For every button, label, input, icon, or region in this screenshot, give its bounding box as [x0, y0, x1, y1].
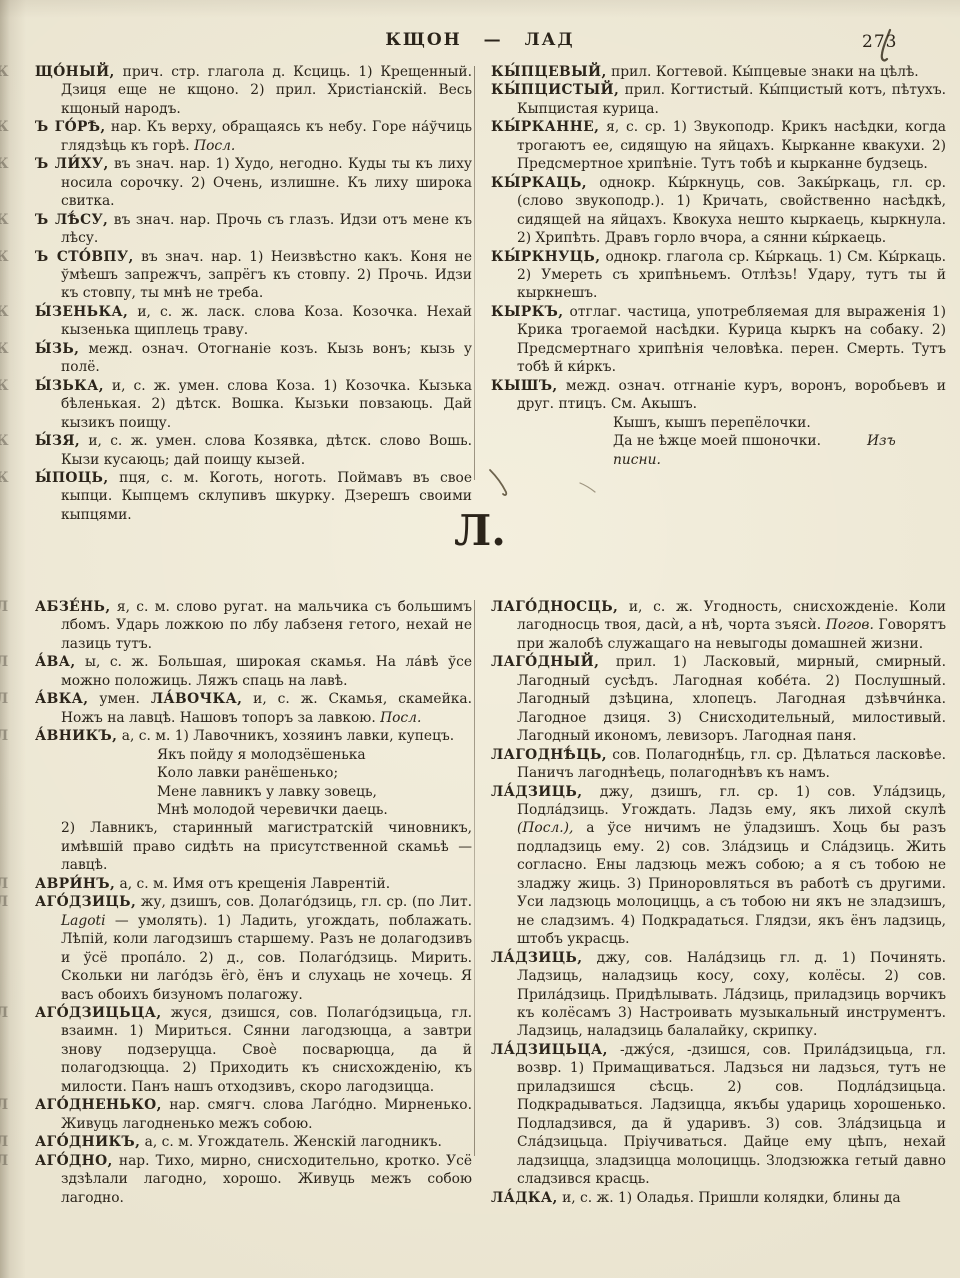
definition-text: джу, дзишъ, гл. ср. 1) сов. Ула́дзиць, П…: [517, 784, 946, 818]
headword: ЛА́ДЗИЦЬ,: [491, 784, 582, 800]
dictionary-entry: КЫ́ПЦИСТЫЙ, прил. Когтистый. Кы́пцистый …: [491, 81, 946, 118]
definition-text: межд. означ. Отогнаніе козъ. Кызь вонъ; …: [61, 341, 472, 375]
headword: Ъ ЛИ́ХУ,: [35, 156, 109, 172]
dictionary-entry: КЫРКЪ, отглаг. частица, употребляемая дл…: [491, 303, 946, 377]
running-head: КЩОН — ЛАД: [0, 30, 960, 50]
definition-text: -джу́ся, -дзишся, сов. Прила́дзицьца, гл…: [517, 1042, 946, 1187]
definition-text: джу, сов. Нала́дзиць гл. д. 1) Починять.…: [517, 950, 946, 1040]
headword: КЫ́РКАЦЬ,: [491, 175, 587, 191]
headword: Ы́ПОЦЬ,: [35, 470, 109, 486]
dictionary-entry: КЪ ЛѢ́СУ, въ знач. нар. Прочь съ глазъ. …: [35, 211, 472, 248]
dictionary-entry: КЩО́НЫЙ, прич. стр. глагола д. Ксциць. 1…: [35, 63, 472, 118]
dictionary-entry: ЛАГО́ДЗИЦЬЦА, жуся, дзишся, сов. Полаго́…: [35, 1004, 472, 1096]
headword: КЫ́РКНУЦЬ,: [491, 249, 600, 265]
definition-text: и, с. ж. умен. слова Козявка, дѣтск. сло…: [61, 433, 472, 467]
ink-speck: [578, 480, 598, 496]
abbreviation-italic: Посл.: [194, 138, 235, 154]
column-divider-top: [474, 66, 475, 480]
definition-text: межд. означ. отгнаніе куръ, воронъ, воро…: [517, 378, 946, 412]
headword: Ъ ГО́РѢ,: [35, 119, 106, 135]
headword: ЛА́ДЗИЦЬЦА,: [491, 1042, 608, 1058]
verse-line: Мене лавникъ у лавку зовець,: [157, 783, 472, 801]
dictionary-entry: ЛА́ДЗИЦЬ, джу, дзишъ, гл. ср. 1) сов. Ул…: [491, 783, 946, 949]
dictionary-entry: ЛА́ВНИКЪ, а, с. м. 1) Лавочникъ, хозяинъ…: [35, 727, 472, 875]
headword: АГО́ДНО,: [35, 1153, 113, 1169]
definition-text: а, с. м. 1) Лавочникъ, хозяинъ лавки, ку…: [117, 728, 454, 744]
dictionary-entry: КЫШЪ, межд. означ. отгнаніе куръ, воронъ…: [491, 377, 946, 469]
dictionary-entry: КЫ́ЗЬКА, и, с. ж. умен. слова Коза. 1) К…: [35, 377, 472, 432]
headword: КЫРКЪ,: [491, 304, 563, 320]
definition-text: прич. стр. глагола д. Ксциць. 1) Крещенн…: [61, 64, 472, 117]
headword: АГО́ДЗИЦЬ,: [35, 894, 136, 910]
definition-text: отглаг. частица, употребляемая для выраж…: [517, 304, 946, 375]
dictionary-entry: ЛАВРИ́НЪ, а, с. м. Имя отъ крещенія Лавр…: [35, 875, 472, 893]
headword: КЫ́РКАННЕ,: [491, 119, 599, 135]
headword: А́ВНИКЪ,: [35, 728, 117, 744]
column-top-right: КЫ́ПЦЕВЫЙ, прил. Когтевой. Кы́пцевые зна…: [491, 63, 946, 469]
dictionary-entry: КЫ́ЗЕНЬКА, и, с. ж. ласк. слова Коза. Ко…: [35, 303, 472, 340]
definition-text: — умолять). 1) Ладить, угождать, поблажа…: [61, 913, 472, 1003]
headword: А́ВКА,: [35, 691, 89, 707]
headword: ЛАГОДНѢ́ЦЬ,: [491, 747, 607, 763]
dictionary-entry: ЛАГО́ДНЕНЬКО, нар. смягч. слова Лаго́дно…: [35, 1096, 472, 1133]
abbreviation-italic: Посл.: [380, 710, 421, 726]
headword: АГО́ДНИКЪ,: [35, 1134, 140, 1150]
headword: АБЗЕ́НЬ,: [35, 599, 111, 615]
dictionary-entry: КЪ ЛИ́ХУ, въ знач. нар. 1) Худо, негодно…: [35, 155, 472, 210]
headword: ЛА́ВОЧКА,: [151, 691, 243, 707]
dictionary-entry: ЛА́ДКА, и, с. ж. 1) Оладья. Пришли коляд…: [491, 1189, 946, 1207]
column-bottom-left: ЛАБЗЕ́НЬ, я, с. м. слово ругат. на мальч…: [35, 598, 472, 1207]
dictionary-entry: ЛАГО́ДНО, нар. Тихо, мирно, снисходитель…: [35, 1152, 472, 1207]
dictionary-entry: ЛА́ДЗИЦЬ, джу, сов. Нала́дзиць гл. д. 1)…: [491, 949, 946, 1041]
headword: ЩО́НЫЙ,: [35, 64, 115, 80]
headword: ЛА́ДЗИЦЬ,: [491, 950, 582, 966]
definition-text: въ знач. нар. Прочь съ глазъ. Идзи отъ м…: [61, 212, 472, 246]
dictionary-entry: ЛАГО́ДНИКЪ, а, с. м. Угождатель. Женскій…: [35, 1133, 472, 1151]
headword: КЫ́ПЦЕВЫЙ,: [491, 64, 607, 80]
headword: Ы́ЗЬКА,: [35, 378, 104, 394]
dictionary-entry: КЫ́ПЦЕВЫЙ, прил. Когтевой. Кы́пцевые зна…: [491, 63, 946, 81]
abbreviation-italic: Lagoti: [61, 913, 105, 929]
dictionary-entry: КЫ́РКАЦЬ, однокр. Кы́ркнуць, сов. Закы́р…: [491, 174, 946, 248]
dictionary-entry: КЫ́РКАННЕ, я, с. ср. 1) Звукоподр. Крикъ…: [491, 118, 946, 173]
definition-text: я, с. м. слово ругат. на мальчика съ бол…: [61, 599, 472, 652]
column-top-left: КЩО́НЫЙ, прич. стр. глагола д. Ксциць. 1…: [35, 63, 472, 524]
dictionary-entry: ЛАГО́ДНЫЙ, прил. 1) Ласковый, мирный, см…: [491, 653, 946, 745]
verse-attribution: Изъ писни.: [613, 433, 896, 467]
headword: КЫШЪ,: [491, 378, 558, 394]
definition-text: ы, с. ж. Большая, широкая скамья. На ла́…: [61, 654, 472, 688]
dictionary-entry: ЛА́ДЗИЦЬЦА, -джу́ся, -дзишся, сов. Прила…: [491, 1041, 946, 1189]
definition-text: а, с. м. Имя отъ крещенія Лаврентій.: [115, 876, 390, 892]
definition-text: прил. Когтевой. Кы́пцевые знаки на цѣлѣ.: [607, 64, 919, 80]
headword: АГО́ДНЕНЬКО,: [35, 1097, 162, 1113]
definition-text: нар. Тихо, мирно, снисходительно, кротко…: [61, 1153, 472, 1206]
dictionary-entry: КЫ́ЗЬ, межд. означ. Отогнаніе козъ. Кызь…: [35, 340, 472, 377]
abbreviation-italic: (Посл.),: [517, 820, 573, 836]
headword: КЫ́ПЦИСТЫЙ,: [491, 82, 619, 98]
headword: Ы́ЗЬ,: [35, 341, 79, 357]
dictionary-entry: КЪ ГО́РѢ, нар. Къ верху, обращаясь къ не…: [35, 118, 472, 155]
definition-text: и, с. ж. 1) Оладья. Пришли колядки, блин…: [558, 1190, 901, 1206]
headword: Ы́ЗЯ,: [35, 433, 80, 449]
column-bottom-right: ЛАГО́ДНОСЦЬ, и, с. ж. Угодность, снисхож…: [491, 598, 946, 1207]
definition-text: жу, дзишъ, сов. Долаго́дзиць, гл. ср. (п…: [136, 894, 472, 910]
definition-text: а, с. м. Угождатель. Женскій лагодникъ.: [140, 1134, 442, 1150]
definition-text: и, с. ж. умен. слова Коза. 1) Козочка. К…: [61, 378, 472, 431]
headword: АГО́ДЗИЦЬЦА,: [35, 1005, 162, 1021]
definition-text: 2) Лавникъ, старинный магистратскій чино…: [61, 820, 472, 873]
definition-text: нар. Къ верху, обращаясь къ небу. Горе н…: [61, 119, 472, 153]
headword: ЛАГО́ДНЫЙ,: [491, 654, 599, 670]
headword: Ъ СТО́ВПУ,: [35, 249, 134, 265]
verse-line: Да не ѣжце моей пшоночки.Изъ писни.: [613, 432, 946, 469]
verse-line: Коло лавки ранёшенько;: [157, 764, 472, 782]
headword: А́ВА,: [35, 654, 76, 670]
ink-stroke-margin: [486, 466, 522, 502]
dictionary-entry: ЛАБЗЕ́НЬ, я, с. м. слово ругат. на мальч…: [35, 598, 472, 653]
dictionary-entry: ЛА́ВА, ы, с. ж. Большая, широкая скамья.…: [35, 653, 472, 690]
section-letter-L: Л.: [0, 510, 960, 552]
column-divider-bottom: [474, 600, 475, 1156]
page-number: 273: [862, 32, 932, 52]
headword: АВРИ́НЪ,: [35, 876, 115, 892]
dictionary-entry: КЪ СТО́ВПУ, въ знач. нар. 1) Неизвѣстно …: [35, 248, 472, 303]
dictionary-page: КЩОН — ЛАД 273 КЩО́НЫЙ, прич. стр. глаго…: [0, 0, 960, 1278]
headword: Ъ ЛѢ́СУ,: [35, 212, 108, 228]
definition-text: умен.: [89, 691, 151, 707]
dictionary-entry: ЛАГОДНѢ́ЦЬ, сов. Полагоднѣ́ць, гл. ср. Д…: [491, 746, 946, 783]
headword: ЛАГО́ДНОСЦЬ,: [491, 599, 618, 615]
headword: ЛА́ДКА,: [491, 1190, 558, 1206]
dictionary-entry: ЛА́ВКА, умен. ЛА́ВОЧКА, и, с. ж. Скамья,…: [35, 690, 472, 727]
verse-line: Кышъ, кышъ перепёлочки.: [613, 414, 946, 432]
definition-text: въ знач. нар. 1) Худо, негодно. Куды ты …: [61, 156, 472, 209]
dictionary-entry: ЛАГО́ДНОСЦЬ, и, с. ж. Угодность, снисхож…: [491, 598, 946, 653]
headword: Ы́ЗЕНЬКА,: [35, 304, 128, 320]
abbreviation-italic: Погов.: [826, 617, 874, 633]
dictionary-entry: ЛАГО́ДЗИЦЬ, жу, дзишъ, сов. Долаго́дзиць…: [35, 893, 472, 1004]
definition-text: а ўсе ничимъ не ўладзишъ. Хоць бы разъ п…: [517, 820, 946, 947]
dictionary-entry: КЫ́ЗЯ, и, с. ж. умен. слова Козявка, дѣт…: [35, 432, 472, 469]
dictionary-entry: КЫ́РКНУЦЬ, однокр. глагола ср. Кы́ркаць.…: [491, 248, 946, 303]
verse-line: Мнѣ молодой черевички даець.: [157, 801, 472, 819]
verse-line: Якъ пойду я молодзёшенька: [157, 746, 472, 764]
